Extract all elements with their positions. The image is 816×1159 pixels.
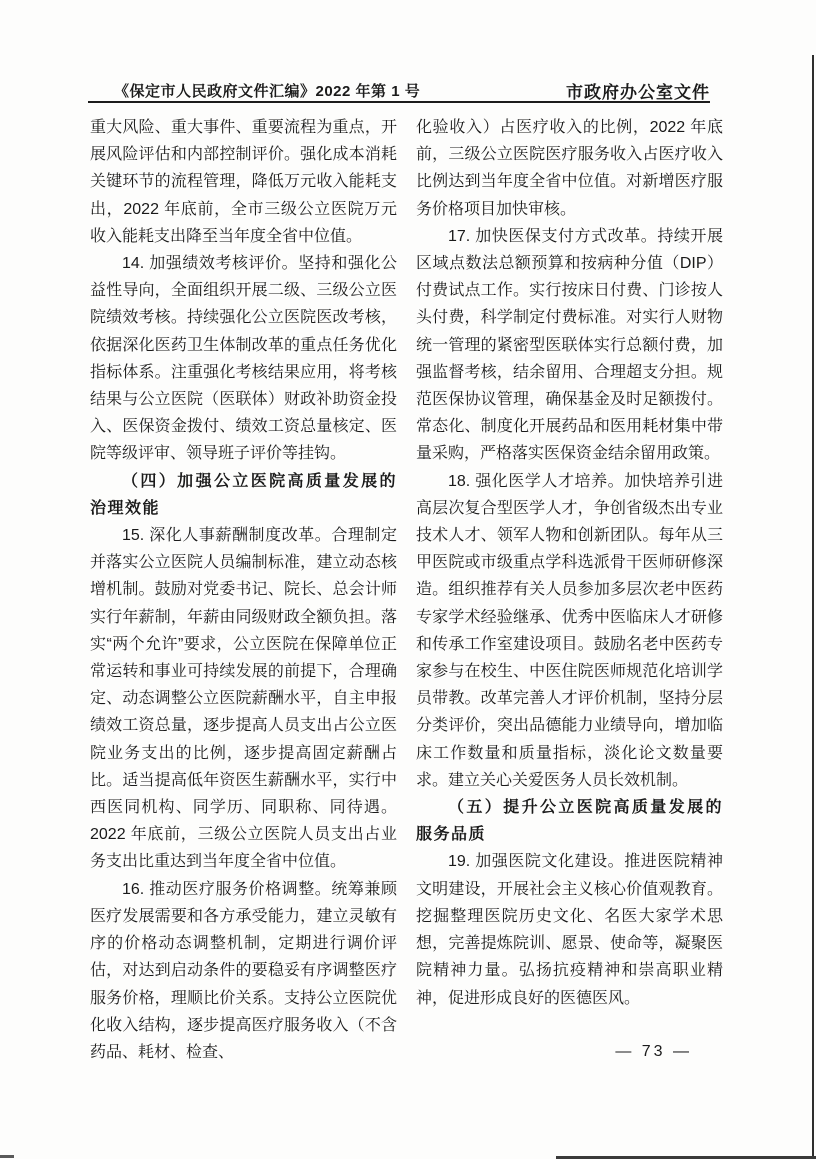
header-compilation-title: 《保定市人民政府文件汇编》2022 年第 1 号 <box>114 80 420 101</box>
paragraph: 化验收入）占医疗收入的比例，2022 年底前，三级公立医院医疗服务收入占医疗收入… <box>416 114 723 223</box>
document-page: 《保定市人民政府文件汇编》2022 年第 1 号 市政府办公室文件 重大风险、重… <box>0 0 816 1159</box>
paragraph: 重大风险、重大事件、重要流程为重点，开展风险评估和内部控制评价。强化成本消耗关键… <box>90 114 397 250</box>
text-columns: 重大风险、重大事件、重要流程为重点，开展风险评估和内部控制评价。强化成本消耗关键… <box>90 114 723 1066</box>
paragraph: 19. 加强医院文化建设。推进医院精神文明建设，开展社会主义核心价值观教育。挖掘… <box>416 848 723 1011</box>
paragraph: 18. 强化医学人才培养。加快培养引进高层次复合型医学人才，争创省级杰出专业技术… <box>416 468 723 794</box>
paragraph: 15. 深化人事薪酬制度改革。合理制定并落实公立医院人员编制标准，建立动态核增机… <box>90 522 397 876</box>
section-heading: （五）提升公立医院高质量发展的服务品质 <box>416 794 723 848</box>
header-document-category: 市政府办公室文件 <box>566 78 710 103</box>
scan-speck-bottom-left <box>0 1155 14 1158</box>
paragraph: 16. 推动医疗服务价格调整。统筹兼顾医疗发展需要和各方承受能力，建立灵敏有序的… <box>90 876 397 1066</box>
paragraph: 14. 加强绩效考核评价。坚持和强化公益性导向，全面组织开展二级、三级公立医院绩… <box>90 250 397 468</box>
column-left: 重大风险、重大事件、重要流程为重点，开展风险评估和内部控制评价。强化成本消耗关键… <box>90 114 397 1066</box>
paragraph: 17. 加快医保支付方式改革。持续开展区域点数法总额预算和按病种分值（DIP）付… <box>416 223 723 468</box>
header-rule <box>88 101 710 103</box>
page-number: — 73 — <box>615 1043 692 1061</box>
section-heading: （四）加强公立医院高质量发展的治理效能 <box>90 468 397 522</box>
column-right: 化验收入）占医疗收入的比例，2022 年底前，三级公立医院医疗服务收入占医疗收入… <box>416 114 723 1066</box>
scan-edge-right <box>812 55 814 1159</box>
